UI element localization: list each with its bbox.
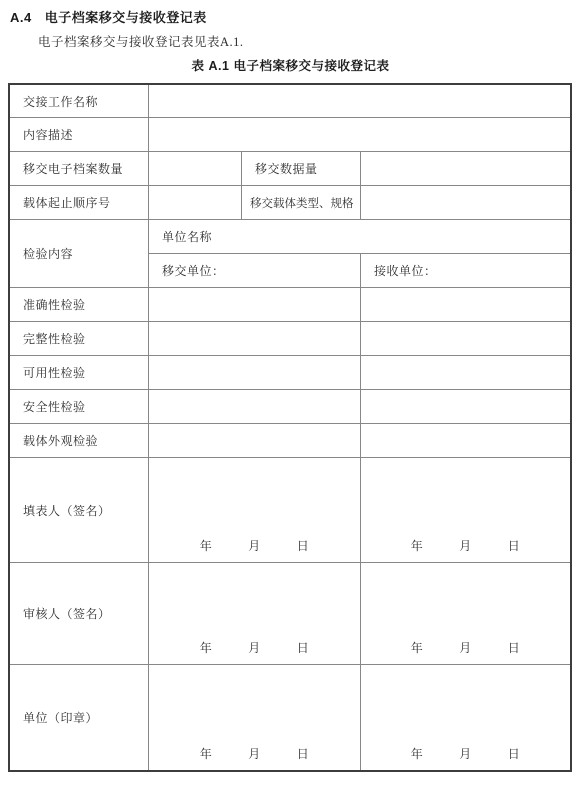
label-receive-unit: 接收单位： (361, 254, 570, 288)
label-inspection: 检验内容 (10, 220, 149, 288)
filler-transfer-date-cell: 年 月 日 (149, 458, 361, 563)
label-accuracy: 准确性检验 (10, 288, 149, 322)
intro-paragraph: 电子档案移交与接收登记表见表A.1. (38, 32, 244, 50)
date-year-text: 年 (411, 639, 424, 656)
date-month-text: 月 (248, 639, 261, 656)
date-month-text: 月 (248, 537, 261, 554)
reviewer-receive-date-cell: 年 月 日 (361, 563, 570, 665)
date-month-text: 月 (459, 639, 472, 656)
date-day-text: 日 (508, 639, 521, 656)
value-usability-transfer-cell (149, 356, 361, 390)
value-content-desc-cell (149, 118, 570, 152)
value-security-receive-cell (361, 390, 570, 424)
value-integrity-transfer-cell (149, 322, 361, 356)
value-accuracy-transfer-cell (149, 288, 361, 322)
label-filler-sign: 填表人（签名） (10, 458, 149, 563)
label-content-desc: 内容描述 (10, 118, 149, 152)
section-title: 电子档案移交与接收登记表 (45, 7, 207, 26)
document-page: A.4 电子档案移交与接收登记表 电子档案移交与接收登记表见表A.1. 表 A.… (0, 0, 581, 786)
date-month-text: 月 (459, 537, 472, 554)
date-day-text: 日 (297, 639, 310, 656)
date-day-text: 日 (297, 537, 310, 554)
value-archive-count-cell (149, 152, 242, 186)
date-year-text: 年 (411, 537, 424, 554)
date-year-text: 年 (200, 745, 213, 762)
date-year-text: 年 (200, 537, 213, 554)
unit-seal-transfer-date-cell: 年 月 日 (149, 665, 361, 770)
unit-seal-receive-date-cell: 年 月 日 (361, 665, 570, 770)
date-year-text: 年 (200, 639, 213, 656)
date-line: 年 月 日 (411, 537, 521, 562)
date-line: 年 月 日 (411, 745, 521, 770)
date-line: 年 月 日 (200, 537, 310, 562)
date-day-text: 日 (297, 745, 310, 762)
value-carrier-type-cell (361, 186, 570, 220)
label-handover-name: 交接工作名称 (10, 85, 149, 118)
date-month-text: 月 (459, 745, 472, 762)
label-carrier-seq: 载体起止顺序号 (10, 186, 149, 220)
label-transfer-unit: 移交单位： (149, 254, 361, 288)
label-carrier-type: 移交载体类型、规格 (242, 186, 361, 220)
section-number: A.4 (10, 10, 32, 25)
label-data-volume: 移交数据量 (242, 152, 361, 186)
date-year-text: 年 (411, 745, 424, 762)
label-carrier-appearance: 载体外观检验 (10, 424, 149, 458)
label-archive-count: 移交电子档案数量 (10, 152, 149, 186)
section-heading: A.4 电子档案移交与接收登记表 (10, 7, 207, 26)
value-security-transfer-cell (149, 390, 361, 424)
date-line: 年 月 日 (200, 639, 310, 664)
date-day-text: 日 (508, 537, 521, 554)
label-reviewer-sign: 审核人（签名） (10, 563, 149, 665)
value-usability-receive-cell (361, 356, 570, 390)
label-integrity: 完整性检验 (10, 322, 149, 356)
reviewer-transfer-date-cell: 年 月 日 (149, 563, 361, 665)
date-day-text: 日 (508, 745, 521, 762)
value-carrier-appearance-transfer-cell (149, 424, 361, 458)
date-line: 年 月 日 (200, 745, 310, 770)
value-data-volume-cell (361, 152, 570, 186)
date-month-text: 月 (248, 745, 261, 762)
value-carrier-seq-cell (149, 186, 242, 220)
label-unit-seal: 单位（印章） (10, 665, 149, 770)
date-line: 年 月 日 (411, 639, 521, 664)
label-security: 安全性检验 (10, 390, 149, 424)
table-caption: 表 A.1 电子档案移交与接收登记表 (0, 56, 581, 74)
label-usability: 可用性检验 (10, 356, 149, 390)
value-accuracy-receive-cell (361, 288, 570, 322)
value-handover-name-cell (149, 85, 570, 118)
filler-receive-date-cell: 年 月 日 (361, 458, 570, 563)
value-carrier-appearance-receive-cell (361, 424, 570, 458)
label-unit-name: 单位名称 (149, 220, 570, 254)
registration-form-table: 交接工作名称 内容描述 移交电子档案数量 移交数据量 载体起止顺序号 移交载体类… (8, 83, 572, 772)
value-integrity-receive-cell (361, 322, 570, 356)
